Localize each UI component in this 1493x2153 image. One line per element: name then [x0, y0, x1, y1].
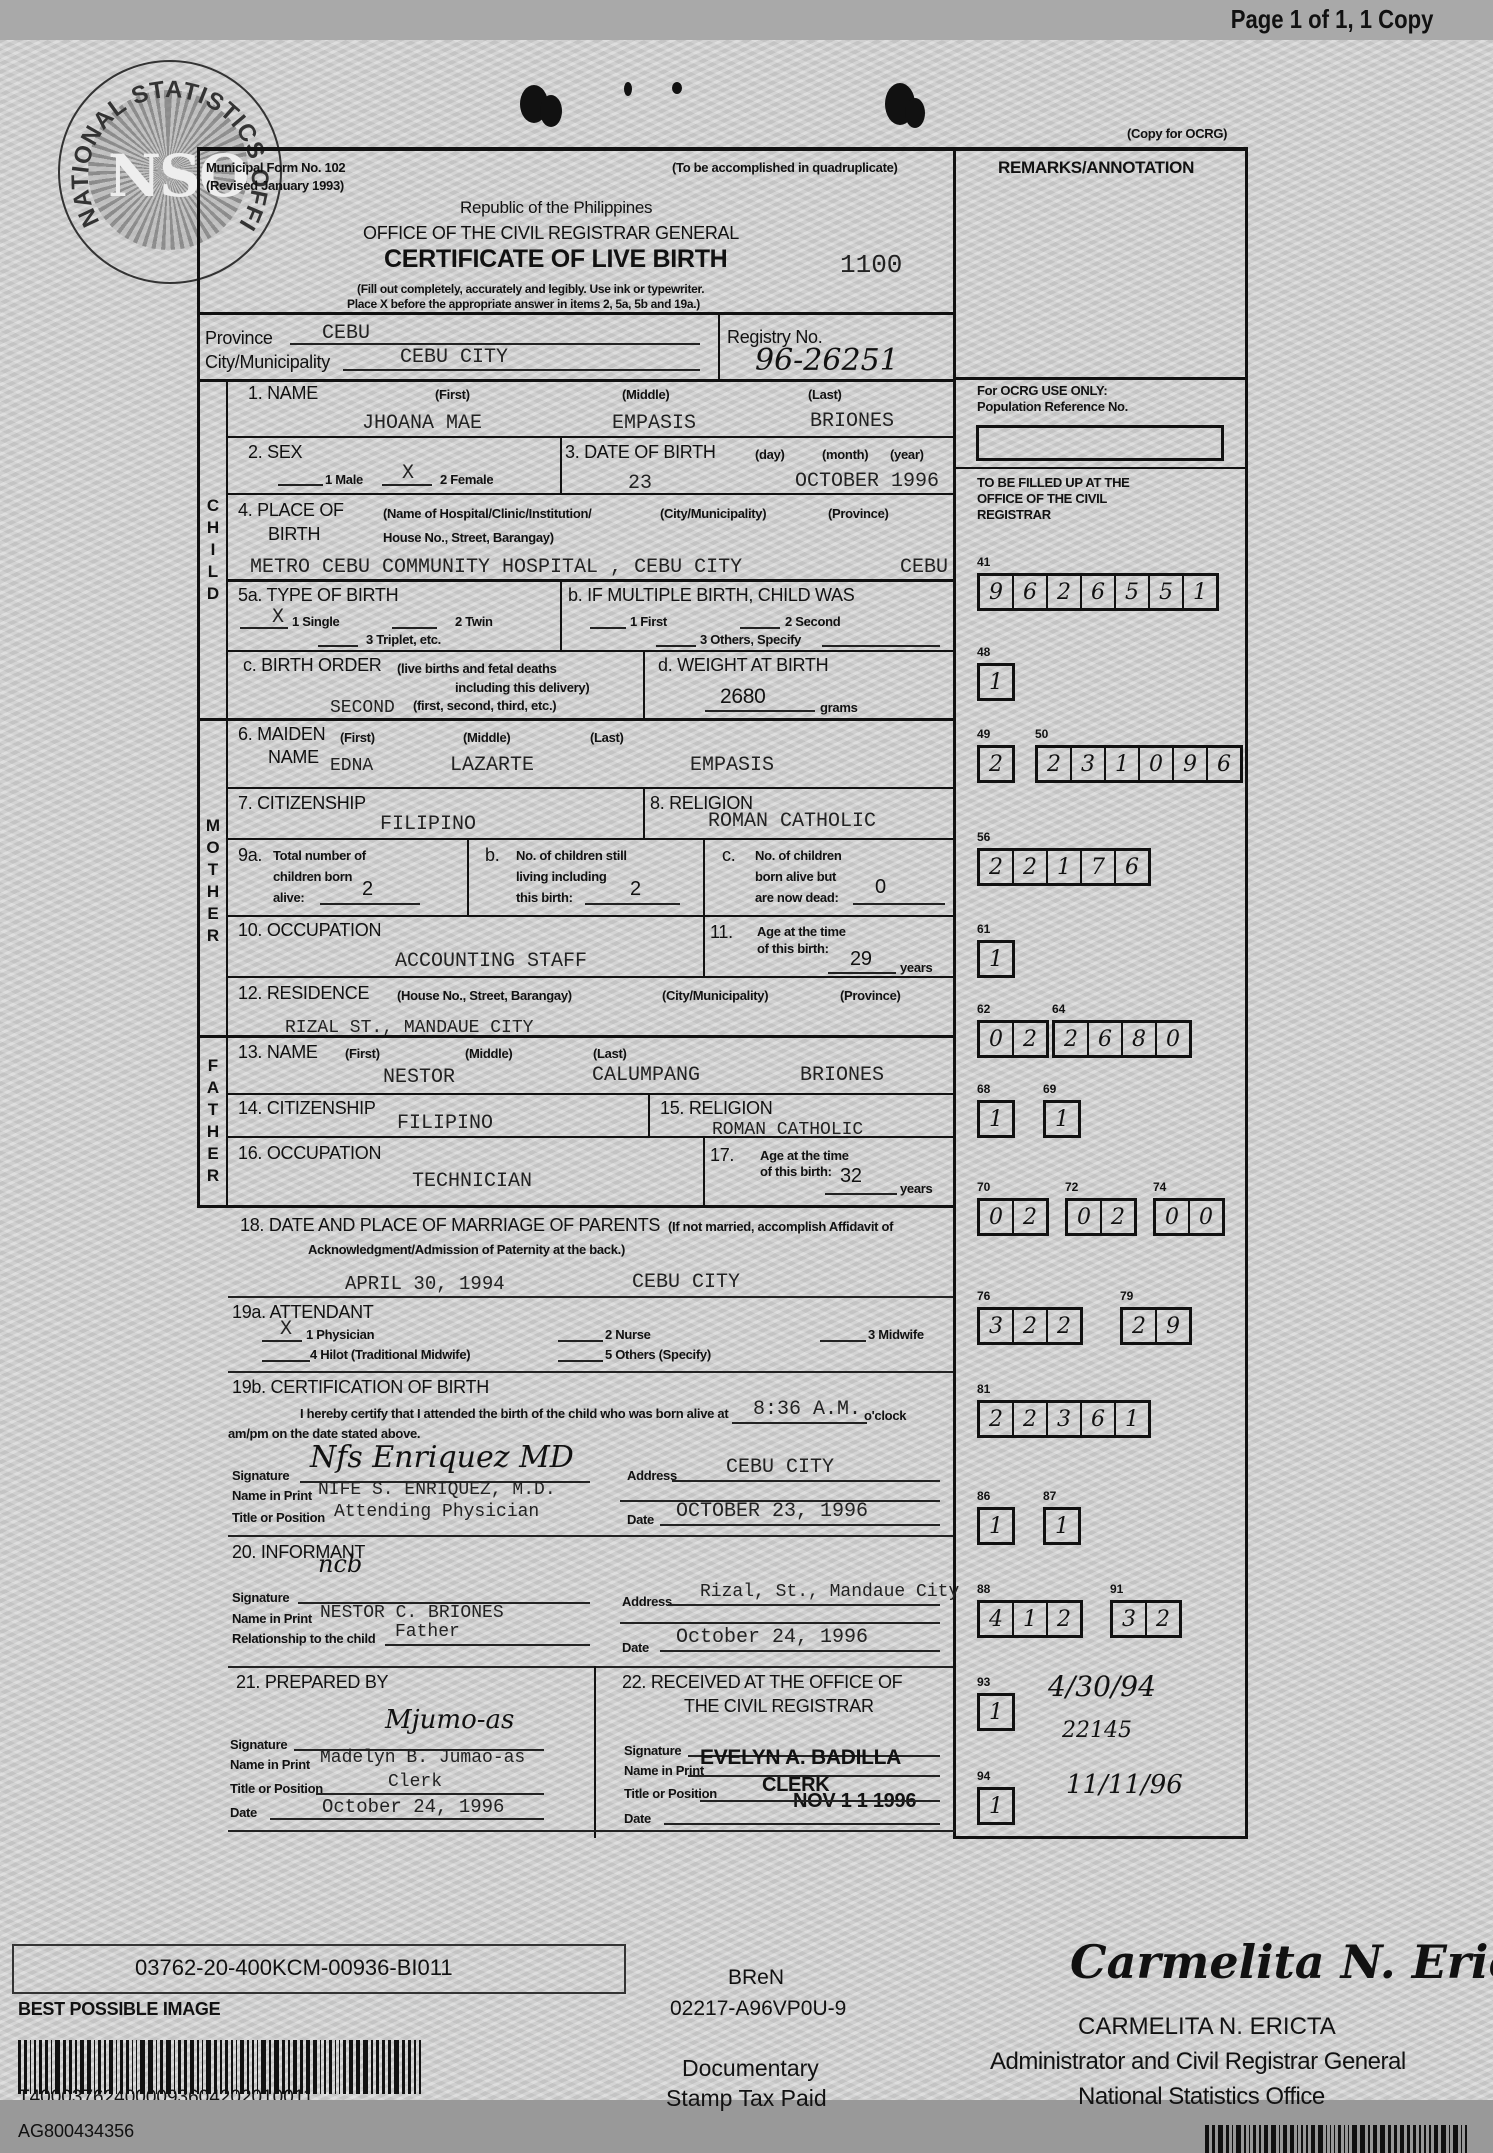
first-hint: (First) [345, 1046, 380, 1061]
sex-male-option: 1 Male [325, 472, 363, 487]
registrar-clerk-name: EVELYN A. BADILLA [700, 1746, 901, 1770]
ocrg-digit-box: 2 [1014, 851, 1048, 883]
birth-order-label: c. BIRTH ORDER [243, 655, 381, 676]
underline [668, 1604, 940, 1606]
residence-hint: (House No., Street, Barangay) [397, 988, 572, 1003]
weight-unit: grams [820, 700, 858, 715]
ocrg-field-code: 61 [977, 922, 990, 936]
certification-label: 19b. CERTIFICATION OF BIRTH [232, 1377, 489, 1398]
copy-for-label: (Copy for OCRG) [1127, 126, 1227, 141]
ocrg-field-81[interactable]: 22361 [977, 1400, 1151, 1438]
ocrg-field-91[interactable]: 32 [1110, 1600, 1182, 1638]
attendant-mark: X [280, 1318, 292, 1341]
sex-male-blank [278, 484, 323, 486]
residence-city-hint: (City/Municipality) [662, 988, 768, 1003]
divider [643, 787, 645, 839]
multiple-birth-label: b. IF MULTIPLE BIRTH, CHILD WAS [568, 585, 854, 606]
last-hint: (Last) [808, 387, 842, 402]
sex-female-option: 2 Female [440, 472, 493, 487]
frame-top [197, 147, 1247, 151]
ocrg-field-code: 49 [977, 727, 990, 741]
father-name-label: 13. NAME [238, 1042, 318, 1063]
ink-blot [540, 95, 562, 127]
ocrg-digit-box: 1 [1014, 1603, 1048, 1635]
multiple-first: 1 First [630, 614, 667, 629]
first-hint: (First) [340, 730, 375, 745]
maiden-name-label: 6. MAIDEN [238, 724, 325, 745]
underline [732, 1422, 867, 1424]
residence-province-hint: (Province) [840, 988, 901, 1003]
preparer-signature: Mjumo-as [385, 1705, 514, 1735]
frame-left [197, 147, 200, 1208]
ocrg-field-76[interactable]: 322 [977, 1307, 1083, 1345]
informant-name: NESTOR C. BRIONES [320, 1603, 504, 1623]
ocrg-field-64[interactable]: 2680 [1052, 1020, 1192, 1058]
ocrg-digit-box: 0 [980, 1201, 1014, 1233]
physician-title: Attending Physician [334, 1502, 539, 1522]
blank [558, 1360, 603, 1362]
ocrg-field-41[interactable]: 9626551 [977, 573, 1219, 611]
living-children-label-2: living including [516, 869, 607, 884]
ocrg-field-code: 88 [977, 1582, 990, 1596]
first-hint: (First) [435, 387, 470, 402]
title-label: Title or Position [624, 1786, 717, 1801]
name-in-print-label: Name in Print [232, 1488, 312, 1503]
ocrg-field-code: 94 [977, 1769, 990, 1783]
preparer-name: Madelyn B. Jumao-as [320, 1748, 525, 1768]
ocrg-digit-box: 1 [1048, 851, 1082, 883]
received-label: 22. RECEIVED AT THE OFFICE OF [622, 1672, 902, 1693]
underline [320, 903, 420, 905]
ocrg-field-86[interactable]: 1 [977, 1507, 1015, 1545]
population-ref-input[interactable] [976, 425, 1224, 461]
birth-order-hint-3: (first, second, third, etc.) [413, 698, 556, 713]
ocrg-digit-box: 2 [1048, 1603, 1080, 1635]
ocrg-digit-box: 1 [1116, 1403, 1148, 1435]
ocrg-field-code: 76 [977, 1289, 990, 1303]
ocrg-digit-box: 6 [1082, 576, 1116, 608]
attendant-label: 19a. ATTENDANT [232, 1302, 374, 1323]
ocrg-digit-box: 3 [1048, 1403, 1082, 1435]
ocrg-digit-box: 2 [1038, 748, 1072, 780]
attendant-hilot: 4 Hilot (Traditional Midwife) [310, 1347, 470, 1362]
dob-day: 23 [628, 472, 652, 495]
office-heading: OFFICE OF THE CIVIL REGISTRAR GENERAL [363, 223, 739, 244]
underline [828, 972, 896, 974]
ocrg-digit-box: 1 [1046, 1103, 1078, 1135]
ocrg-field-72[interactable]: 02 [1065, 1198, 1137, 1236]
weight-value: 2680 [720, 685, 766, 709]
stamp-tax-label-2: Stamp Tax Paid [666, 2085, 827, 2112]
ocrg-field-code: 86 [977, 1489, 990, 1503]
certification-text-2: am/pm on the date stated above. [228, 1426, 420, 1441]
ocrg-digit-box: 2 [1014, 1310, 1048, 1342]
ocrg-digit-box: 9 [1174, 748, 1208, 780]
divider [467, 838, 469, 916]
ocrg-field-74[interactable]: 00 [1153, 1198, 1225, 1236]
ocrg-digit-box: 3 [980, 1310, 1014, 1342]
ocrg-digit-box: 5 [1116, 576, 1150, 608]
total-children-label-2: children born [273, 869, 352, 884]
dead-children-label-3: are now dead: [755, 890, 839, 905]
father-age-label-2: of this birth: [760, 1164, 832, 1179]
signature-label: Signature [624, 1743, 681, 1758]
divider [197, 312, 955, 315]
ocrg-digit-box: 2 [980, 1403, 1014, 1435]
underline [343, 369, 700, 371]
divider [594, 1666, 596, 1838]
ocrg-field-56[interactable]: 22176 [977, 848, 1151, 886]
ocrg-digit-box: 2 [1048, 576, 1082, 608]
ocrg-field-70[interactable]: 02 [977, 1198, 1049, 1236]
dead-children-label-2: born alive but [755, 869, 836, 884]
mother-age-unit: years [900, 960, 932, 975]
ocrg-digit-box: 0 [1157, 1023, 1189, 1055]
ocrg-field-code: 87 [1043, 1489, 1056, 1503]
ocrg-digit-box: 9 [980, 576, 1014, 608]
ocrg-digit-box: 0 [980, 1023, 1014, 1055]
ocrg-digit-box: 6 [1208, 748, 1240, 780]
divider [226, 379, 228, 719]
ink-blot [905, 98, 925, 128]
ocrg-digit-box: 9 [1157, 1310, 1189, 1342]
page-indicator: Page 1 of 1, 1 Copy [1230, 4, 1433, 35]
divider [560, 436, 562, 494]
signature-label: Signature [232, 1590, 289, 1605]
pob-label: 4. PLACE OF [238, 500, 344, 521]
father-side-label: FATHER [202, 1055, 224, 1187]
ocrg-digit-box: 1 [980, 943, 1012, 975]
mother-age-value: 29 [850, 948, 872, 971]
address-label: Address [622, 1594, 672, 1609]
ocrg-digit-box: 5 [1150, 576, 1184, 608]
security-serial: AG800434356 [18, 2121, 134, 2142]
mother-age-label: Age at the time [757, 924, 846, 939]
divider [197, 379, 955, 382]
divider [648, 1093, 650, 1137]
weight-label: d. WEIGHT AT BIRTH [658, 655, 828, 676]
pob-value: METRO CEBU COMMUNITY HOSPITAL , CEBU CIT… [250, 556, 742, 579]
divider [226, 579, 955, 582]
divider [228, 1535, 953, 1537]
registry-number: 96-26251 [755, 343, 899, 378]
ocrg-digit-box: 6 [1082, 1403, 1116, 1435]
ocrg-field-69[interactable]: 1 [1043, 1100, 1081, 1138]
ocrg-field-62[interactable]: 02 [977, 1020, 1049, 1058]
mother-age-label-2: of this birth: [757, 941, 829, 956]
divider [643, 650, 645, 720]
pob-province-hint: (Province) [828, 506, 889, 521]
divider [953, 467, 1248, 469]
best-possible-image: BEST POSSIBLE IMAGE [18, 1999, 220, 2020]
father-citizenship: FILIPINO [397, 1112, 493, 1135]
underline [853, 903, 945, 905]
population-ref-label: Population Reference No. [977, 399, 1128, 414]
ink-blot [672, 82, 682, 94]
registrar-general-title: Administrator and Civil Registrar Genera… [990, 2048, 1406, 2076]
informant-signature: ncb [318, 1550, 362, 1578]
father-age-unit: years [900, 1181, 932, 1196]
underline [700, 1800, 940, 1802]
physician-signature: Nfs Enriquez MD [310, 1440, 574, 1475]
blank [656, 645, 696, 647]
ocrg-field-49[interactable]: 2 [977, 745, 1015, 783]
father-occupation-label: 16. OCCUPATION [238, 1143, 381, 1164]
child-name-label: 1. NAME [248, 383, 318, 404]
blank [240, 627, 288, 629]
ocrg-digit-box: 2 [1014, 1201, 1046, 1233]
dob-month-year: OCTOBER 1996 [795, 470, 939, 493]
mother-middle-name: LAZARTE [450, 754, 534, 777]
underline [660, 1650, 940, 1652]
underline [270, 1818, 544, 1820]
ocrg-field-79[interactable]: 29 [1120, 1307, 1192, 1345]
underline [672, 1480, 940, 1482]
last-hint: (Last) [593, 1046, 627, 1061]
dead-children-no: c. [722, 845, 735, 866]
total-children-label-3: alive: [273, 890, 304, 905]
ocrg-digit-box: 8 [1123, 1023, 1157, 1055]
ocrg-field-87[interactable]: 1 [1043, 1507, 1081, 1545]
address-label: Address [627, 1468, 677, 1483]
divider [226, 1035, 228, 1207]
bren-code: 02217-A96VP0U-9 [670, 1997, 846, 2021]
ocrg-field-code: 62 [977, 1002, 990, 1016]
instructions-line-2: Place X before the appropriate answer in… [347, 297, 700, 311]
ocrg-digit-box: 1 [1106, 748, 1140, 780]
living-children-label-3: this birth: [516, 890, 573, 905]
divider [226, 650, 955, 652]
informant-relationship: Father [395, 1622, 460, 1642]
ocrg-digit-box: 2 [1048, 1310, 1080, 1342]
ocrg-digit-box: 2 [1123, 1310, 1157, 1342]
ocrg-field-code: 41 [977, 555, 990, 569]
divider [226, 1093, 955, 1095]
viewer-top-bar: Page 1 of 1, 1 Copy [0, 0, 1493, 40]
father-occupation: TECHNICIAN [412, 1170, 532, 1193]
ocrg-field-50[interactable]: 231096 [1035, 745, 1243, 783]
blank [392, 627, 437, 629]
dob-label: 3. DATE OF BIRTH [565, 442, 716, 463]
blank [558, 1340, 603, 1342]
ocrg-digit-box: 2 [980, 851, 1014, 883]
mother-age-no: 11. [710, 922, 733, 943]
father-middle-name: CALUMPANG [592, 1064, 700, 1087]
quadruplicate-note: (To be accomplished in quadruplicate) [672, 160, 898, 175]
handwritten-note-3: 11/11/96 [1066, 1770, 1183, 1800]
marriage-place: CEBU CITY [632, 1271, 740, 1294]
date-label: Date [624, 1811, 651, 1826]
date-label: Date [622, 1640, 649, 1655]
handwritten-note-2: 22145 [1062, 1718, 1132, 1743]
ocrg-digit-box: 0 [1156, 1201, 1190, 1233]
father-religion-label: 15. RELIGION [660, 1098, 772, 1119]
physician-name: NIFE S. ENRIQUEZ, M.D. [318, 1480, 556, 1500]
instructions-line-1: (Fill out completely, accurately and leg… [357, 282, 704, 296]
child-last-name: BRIONES [810, 410, 894, 433]
ocrg-field-code: 74 [1153, 1180, 1166, 1194]
total-children-no: 9a. [238, 845, 262, 866]
registrar-general-name: CARMELITA N. ERICTA [1078, 2013, 1336, 2041]
ocrg-digit-box: 2 [1147, 1603, 1179, 1635]
blank [318, 645, 358, 647]
name-in-print-label: Name in Print [230, 1757, 310, 1772]
name-in-print-label: Name in Print [232, 1611, 312, 1626]
birth-type-triplet: 3 Triplet, etc. [366, 632, 441, 647]
ocrg-field-code: 81 [977, 1382, 990, 1396]
father-age-label: Age at the time [760, 1148, 849, 1163]
divider [703, 1136, 705, 1206]
registrar-general-office: National Statistics Office [1078, 2083, 1325, 2111]
sex-label: 2. SEX [248, 442, 302, 463]
ocrg-field-code: 69 [1043, 1082, 1056, 1096]
underline [290, 343, 700, 345]
divider [226, 1136, 955, 1138]
divider [560, 579, 562, 651]
preparer-title: Clerk [388, 1772, 442, 1792]
serial-number: 1100 [840, 250, 902, 280]
attendant-nurse: 2 Nurse [605, 1327, 651, 1342]
received-label-2: THE CIVIL REGISTRAR [684, 1696, 874, 1717]
birth-order-value: SECOND [330, 698, 395, 718]
total-children-value: 2 [362, 878, 373, 901]
ocrg-digit-box: 1 [980, 1510, 1012, 1542]
divider [718, 312, 720, 380]
prepared-by-label: 21. PREPARED BY [236, 1672, 388, 1693]
title-label: Title or Position [232, 1510, 325, 1525]
middle-hint: (Middle) [465, 1046, 512, 1061]
ocrg-digit-box: 1 [980, 666, 1012, 698]
ocrg-field-code: 70 [977, 1180, 990, 1194]
ocrg-digit-box: 2 [1014, 1023, 1046, 1055]
marriage-hint-2: Acknowledgment/Admission of Paternity at… [308, 1242, 625, 1257]
underline [660, 1524, 940, 1526]
blank [262, 1360, 310, 1362]
living-children-label: No. of children still [516, 848, 627, 863]
signature-label: Signature [232, 1468, 289, 1483]
mother-citizenship: FILIPINO [380, 813, 476, 836]
child-side-label: CHILD [202, 495, 224, 605]
divider [226, 838, 955, 840]
fill-up-label: TO BE FILLED UP AT THE [977, 475, 1130, 490]
ocrg-digit-box: 3 [1113, 1603, 1147, 1635]
father-last-name: BRIONES [800, 1064, 884, 1087]
underline [228, 1296, 953, 1298]
stamp-tax-label: Documentary [682, 2055, 819, 2082]
fill-up-label-2: OFFICE OF THE CIVIL [977, 491, 1107, 506]
document-barcode [18, 2040, 424, 2094]
bren-label: BReN [728, 1966, 784, 1990]
birth-type-mark: X [272, 606, 284, 629]
divider [703, 915, 705, 977]
ocrg-field-code: 50 [1035, 727, 1048, 741]
city-label: City/Municipality [205, 352, 330, 373]
underline [825, 1193, 897, 1195]
document-code: 03762-20-400KCM-00936-BI011 [135, 1955, 453, 1981]
last-hint: (Last) [590, 730, 624, 745]
ocrg-digit-box: 1 [980, 1103, 1012, 1135]
ocrg-field-94[interactable]: 1 [977, 1787, 1015, 1825]
underline [620, 1622, 940, 1624]
divider [228, 1666, 953, 1668]
mother-occupation: ACCOUNTING STAFF [395, 950, 587, 973]
ocrg-digit-box: 6 [1014, 576, 1048, 608]
divider [226, 718, 228, 1036]
marriage-label: 18. DATE AND PLACE OF MARRIAGE OF PARENT… [240, 1215, 660, 1236]
ocrg-digit-box: 2 [1014, 1403, 1048, 1435]
child-first-name: JHOANA MAE [362, 412, 482, 435]
title-label: Title or Position [230, 1781, 323, 1796]
ocrg-field-93[interactable]: 1 [977, 1693, 1015, 1731]
ocrg-digit-box: 6 [1089, 1023, 1123, 1055]
mother-last-name: EMPASIS [690, 754, 774, 777]
father-citizenship-label: 14. CITIZENSHIP [238, 1098, 376, 1119]
living-children-no: b. [485, 845, 499, 866]
mother-occupation-label: 10. OCCUPATION [238, 920, 381, 941]
total-children-label: Total number of [273, 848, 366, 863]
pob-hint-2: House No., Street, Barangay) [383, 530, 554, 545]
blank [590, 627, 626, 629]
divider [226, 436, 955, 438]
divider [228, 1830, 955, 1832]
dob-year-hint: (year) [890, 447, 924, 462]
ocrg-digit-box: 1 [980, 1696, 1012, 1728]
certificate-title: CERTIFICATE OF LIVE BIRTH [384, 245, 727, 274]
ocrg-field-code: 93 [977, 1675, 990, 1689]
divider [228, 1371, 953, 1373]
multiple-others: 3 Others, Specify [700, 632, 801, 647]
ocrg-use-label: For OCRG USE ONLY: [977, 383, 1107, 398]
ocrg-digit-box: 4 [980, 1603, 1014, 1635]
ocrg-field-code: 72 [1065, 1180, 1078, 1194]
divider [226, 976, 955, 978]
ocrg-digit-box: 0 [1068, 1201, 1102, 1233]
ocrg-digit-box: 2 [1055, 1023, 1089, 1055]
oclock-label: o'clock [864, 1408, 906, 1423]
ocrg-field-88[interactable]: 412 [977, 1600, 1083, 1638]
birth-order-hint: (live births and fetal deaths [397, 661, 557, 676]
ocrg-field-61[interactable]: 1 [977, 940, 1015, 978]
dead-children-value: 0 [875, 876, 886, 899]
divider [197, 1205, 955, 1208]
underline [664, 1823, 940, 1825]
divider [953, 377, 1248, 380]
attendant-midwife: 3 Midwife [868, 1327, 924, 1342]
frame-right [1245, 147, 1248, 1837]
republic-heading: Republic of the Philippines [460, 198, 652, 218]
divider [226, 915, 955, 917]
dead-children-label: No. of children [755, 848, 842, 863]
mother-side-label: MOTHER [202, 815, 224, 947]
ocrg-field-code: 79 [1120, 1289, 1133, 1303]
marriage-hint: (If not married, accomplish Affidavit of [668, 1219, 893, 1234]
ocrg-digit-box: 7 [1082, 851, 1116, 883]
father-age-value: 32 [840, 1165, 862, 1188]
birth-type-label: 5a. TYPE OF BIRTH [238, 585, 398, 606]
ocrg-field-48[interactable]: 1 [977, 663, 1015, 701]
ocrg-field-68[interactable]: 1 [977, 1100, 1015, 1138]
informant-date: October 24, 1996 [676, 1626, 868, 1649]
date-label: Date [230, 1805, 257, 1820]
pob-hint: (Name of Hospital/Clinic/Institution/ [383, 506, 591, 521]
mother-first-name: EDNA [330, 756, 373, 776]
living-children-value: 2 [630, 878, 641, 901]
registrar-general-signature: Carmelita N. Ericta [1070, 1935, 1493, 1989]
footer-mini-barcode [1205, 2125, 1470, 2153]
handwritten-note-1: 4/30/94 [1048, 1670, 1156, 1703]
preparer-date: October 24, 1996 [322, 1796, 504, 1818]
certification-date: OCTOBER 23, 1996 [676, 1500, 868, 1523]
